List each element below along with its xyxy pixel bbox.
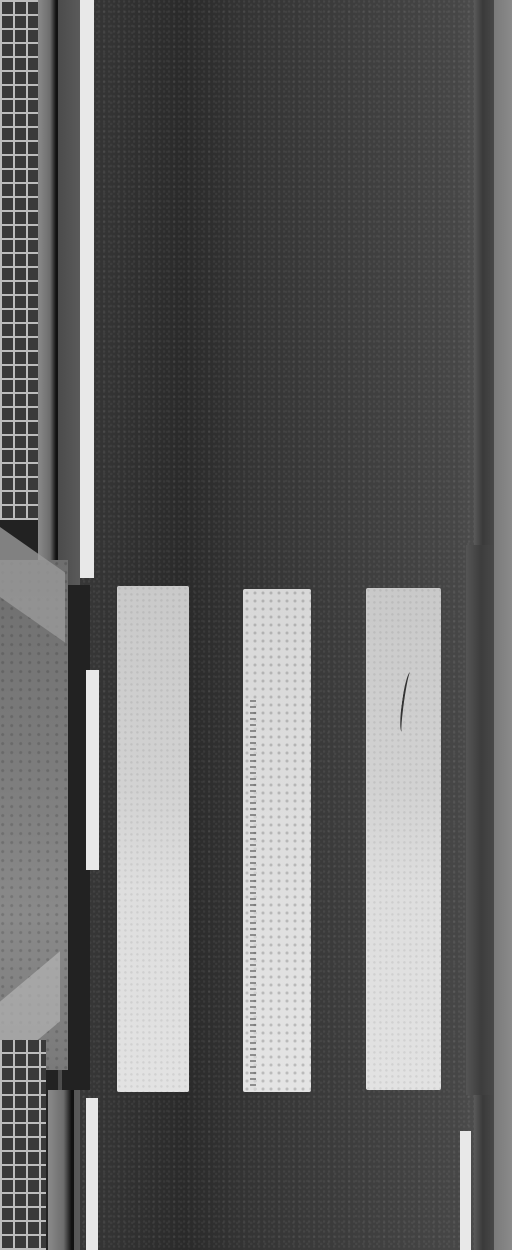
cobblestone-sidewalk-top xyxy=(0,0,40,520)
right-curb-lowered xyxy=(466,545,496,1095)
road-aerial-photo xyxy=(0,0,512,1250)
left-curb-top xyxy=(38,0,58,585)
measuring-tape xyxy=(250,700,256,1090)
lane-edge-line xyxy=(80,0,94,578)
lane-edge-line xyxy=(86,1098,98,1250)
zebra-crossing-bar xyxy=(117,586,189,1092)
lane-edge-line xyxy=(86,670,99,870)
left-curb-bottom xyxy=(48,1090,74,1250)
lane-edge-line xyxy=(460,1131,471,1250)
zebra-crossing-bar xyxy=(366,588,441,1090)
right-sidewalk xyxy=(494,0,512,1250)
cobblestone-sidewalk-bottom xyxy=(0,1040,46,1250)
